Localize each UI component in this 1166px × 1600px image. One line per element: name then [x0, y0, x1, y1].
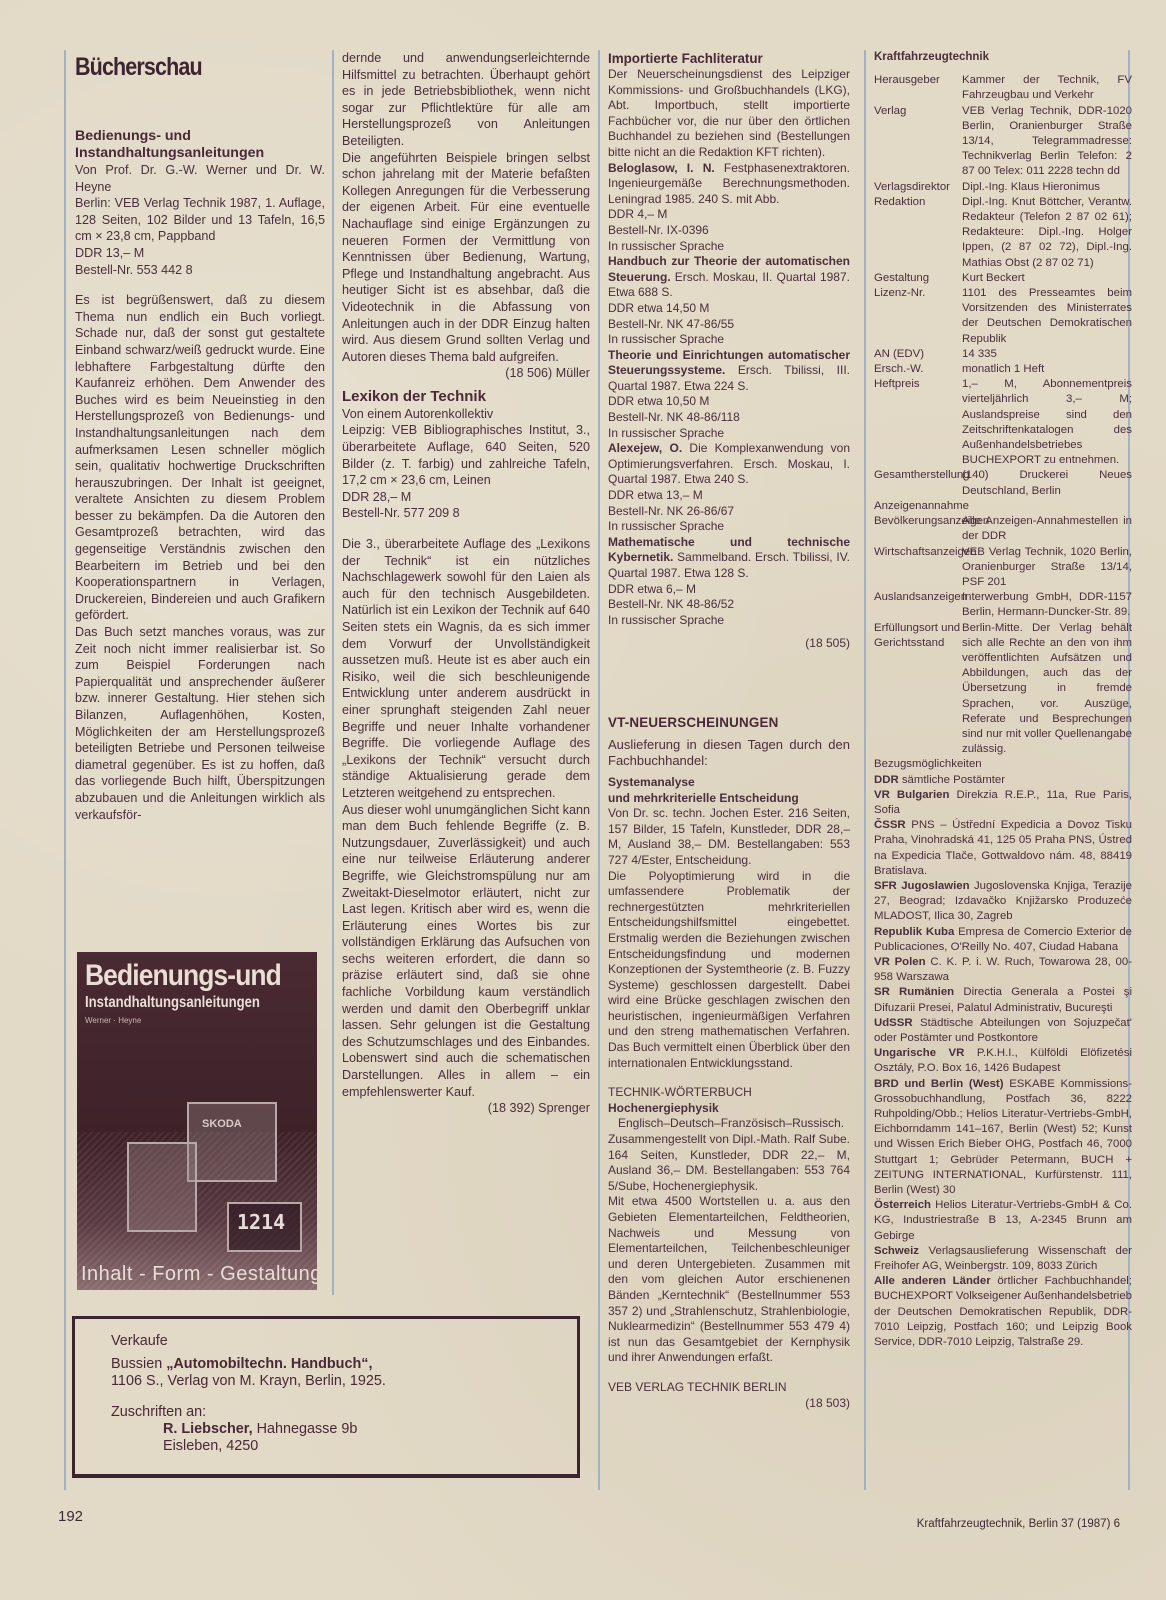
vt-book-2-series: TECHNIK-WÖRTERBUCH	[608, 1085, 850, 1101]
supply-entry: VR Polen C. K. P. i. W. Ruch, Towarowa 2…	[874, 955, 1132, 985]
journal-reference: Kraftfahrzeugtechnik, Berlin 37 (1987) 6	[917, 1518, 1120, 1530]
cover-title: Bedienungs-und	[85, 960, 281, 992]
column-1: Bücherschau Bedienungs- und Instandhaltu…	[75, 52, 325, 823]
cover-display-text: 1214	[237, 1210, 285, 1234]
review-2-publication: Leipzig: VEB Bibliographisches Institut,…	[342, 422, 590, 488]
imprint-row: Heftpreis1,– M, Abonnementpreis viertelj…	[874, 377, 1132, 468]
column-rule	[598, 50, 600, 1490]
review-1-paragraph: dernde und anwendungserleichternde Hilfs…	[342, 50, 590, 150]
imprint-row: WirtschaftsanzeigenVEB Verlag Technik, 1…	[874, 545, 1132, 591]
column-3: Importierte Fachliteratur Der Neuerschei…	[608, 50, 850, 1411]
imprint-row: HerausgeberKammer der Technik, FV Fahrze…	[874, 73, 1132, 103]
vt-book-2-details: Englisch–Deutsch–Französisch–Russisch. Z…	[608, 1116, 850, 1194]
vt-publisher: VEB VERLAG TECHNIK BERLIN	[608, 1380, 850, 1396]
review-1-signature: (18 506) Müller	[342, 365, 590, 382]
review-2-paragraph: Die 3., überarbeitete Auflage des „Lexik…	[342, 536, 590, 802]
review-2-authors: Von einem Autorenkollektiv	[342, 406, 590, 423]
vt-book-1-details: Von Dr. sc. techn. Jochen Ester. 216 Sei…	[608, 806, 850, 868]
section-title: Bücherschau	[75, 52, 290, 82]
page-number: 192	[58, 1508, 83, 1525]
imported-entry: Mathematische und technische Kybernetik.…	[608, 535, 850, 629]
vt-book-1-description: Die Polyoptimierung wird in die umfassen…	[608, 869, 850, 1072]
cover-tagline: Inhalt - Form - Gestaltung	[81, 1263, 317, 1286]
supply-entry: Ungarische VR P.K.H.I., Külföldi Elöfize…	[874, 1046, 1132, 1076]
supply-entry: Schweiz Verlagsauslieferung Wissenschaft…	[874, 1244, 1132, 1274]
ad-contact-name: R. Liebscher, Hahnegasse 9b	[111, 1421, 577, 1438]
ad-item-details: 1106 S., Verlag von M. Krayn, Berlin, 19…	[111, 1373, 577, 1390]
imprint-row: AN (EDV)14 335	[874, 347, 1132, 362]
review-1-meta: Von Prof. Dr. G.-W. Werner und Dr. W. He…	[75, 162, 325, 278]
review-1-order-no: Bestell-Nr. 553 442 8	[75, 262, 325, 279]
imprint-row: Gesamtherstellung(140) Druckerei Neues D…	[874, 468, 1132, 498]
cover-authors: Werner · Heyne	[85, 1016, 141, 1025]
ad-contact-city: Eisleben, 4250	[111, 1438, 577, 1455]
imprint-row: Lizenz-Nr.1101 des Presseamtes beim Vors…	[874, 286, 1132, 347]
imprint-row: AuslandsanzeigenInterwerbung GmbH, DDR-1…	[874, 590, 1132, 620]
imprint-row: RedaktionDipl.-Ing. Knut Böttcher, Veran…	[874, 195, 1132, 271]
vt-book-1-title: Systemanalyse und mehrkriterielle Entsch…	[608, 775, 850, 806]
supply-entry: Österreich Helios Literatur-Vertriebs-Gm…	[874, 1198, 1132, 1244]
review-1-price: DDR 13,– M	[75, 245, 325, 262]
imported-entry: Handbuch zur Theorie der automatischen S…	[608, 254, 850, 348]
imprint-row: VerlagsdirektorDipl.-Ing. Klaus Hieronim…	[874, 180, 1132, 195]
ad-heading: Verkaufe	[111, 1333, 577, 1350]
column-rule	[64, 50, 66, 1490]
vt-book-2-title: Hochenergiephysik	[608, 1101, 850, 1117]
supply-entry: UdSSR Städtische Abteilungen von Sojuzpe…	[874, 1016, 1132, 1046]
imprint-title: Kraftfahrzeugtechnik	[874, 50, 1132, 65]
device-illustration	[187, 1102, 277, 1182]
imprint-row: BevölkerungsanzeigenAlle Anzeigen-Annahm…	[874, 514, 1132, 544]
review-2-price: DDR 28,– M	[342, 489, 590, 506]
column-2: dernde und anwendungserleichternde Hilfs…	[342, 50, 590, 1117]
vt-signature: (18 503)	[608, 1396, 850, 1412]
supply-heading: Bezugsmöglichkeiten	[874, 757, 1132, 772]
review-1-paragraph: Es ist begrüßenswert, daß zu diesem Them…	[75, 292, 325, 624]
imported-title: Importierte Fachliteratur	[608, 50, 850, 67]
vt-title: VT-NEUERSCHEINUNGEN	[608, 714, 850, 731]
imported-entry: Theorie und Einrichtungen automatischer …	[608, 348, 850, 442]
device-illustration	[127, 1142, 197, 1232]
column-4-imprint: Kraftfahrzeugtechnik HerausgeberKammer d…	[874, 50, 1132, 1350]
supply-entry: Republik Kuba Empresa de Comercio Exteri…	[874, 925, 1132, 955]
imprint-row: GestaltungKurt Beckert	[874, 271, 1132, 286]
book-cover-image: Bedienungs-und Instandhaltungsanleitunge…	[77, 952, 317, 1290]
ad-contact-label: Zuschriften an:	[111, 1404, 577, 1421]
review-1-authors: Von Prof. Dr. G.-W. Werner und Dr. W. He…	[75, 162, 325, 195]
ad-item: Bussien „Automobiltechn. Handbuch“,	[111, 1356, 577, 1373]
vt-intro: Auslieferung in diesen Tagen durch den F…	[608, 737, 850, 769]
cover-device-label: SKODA	[202, 1118, 242, 1130]
review-2-paragraph: Aus dieser wohl unumgänglichen Sicht kan…	[342, 802, 590, 1101]
cover-subtitle: Instandhaltungsanleitungen	[85, 994, 260, 1012]
supply-entry: Alle anderen Länder örtlicher Fachbuchha…	[874, 1274, 1132, 1350]
supply-entry: BRD und Berlin (West) ESKABE Kommissions…	[874, 1077, 1132, 1199]
review-2-order-no: Bestell-Nr. 577 209 8	[342, 505, 590, 522]
imprint-row: Erfüllungsort und GerichtsstandBerlin-Mi…	[874, 621, 1132, 758]
supply-entry: SFR Jugoslawien Jugoslovenska Knjiga, Te…	[874, 879, 1132, 925]
magazine-page: Bücherschau Bedienungs- und Instandhaltu…	[0, 0, 1166, 1600]
review-1-paragraph: Das Buch setzt manches voraus, was zur Z…	[75, 624, 325, 823]
supply-entry: VR Bulgarien Direkzia R.E.P., 11a, Rue P…	[874, 788, 1132, 818]
vt-book-2-description: Mit etwa 4500 Wortstellen u. a. aus den …	[608, 1194, 850, 1366]
classified-ad-box: Verkaufe Bussien „Automobiltechn. Handbu…	[72, 1316, 580, 1478]
imported-intro: Der Neuerscheinungsdienst des Leipziger …	[608, 67, 850, 161]
imported-entry: Alexejew, O. Die Komplexanwendung von Op…	[608, 441, 850, 535]
review-1-title: Bedienungs- und Instandhaltungsanleitung…	[75, 128, 325, 162]
review-1-paragraph: Die angeführten Beispiele bringen selbst…	[342, 150, 590, 366]
review-2-signature: (18 392) Sprenger	[342, 1100, 590, 1117]
imported-signature: (18 505)	[608, 636, 850, 652]
supply-entry: ČSSR PNS – Ústřední Expedicia a Dovoz Ti…	[874, 818, 1132, 879]
ads-heading: Anzeigenannahme	[874, 499, 1132, 514]
imprint-row: VerlagVEB Verlag Technik, DDR-1020 Berli…	[874, 104, 1132, 180]
review-1-publication: Berlin: VEB Verlag Technik 1987, 1. Aufl…	[75, 195, 325, 245]
column-rule	[864, 50, 866, 1490]
review-2-meta: Von einem Autorenkollektiv Leipzig: VEB …	[342, 406, 590, 522]
review-2-title: Lexikon der Technik	[342, 388, 590, 406]
imprint-row: Ersch.-W.monatlich 1 Heft	[874, 362, 1132, 377]
imported-entry: Beloglasow, I. N. Festphasenextraktoren.…	[608, 161, 850, 255]
supply-entry: SR Rumänien Directia Generala a Postei ş…	[874, 985, 1132, 1015]
supply-entry: DDR sämtliche Postämter	[874, 773, 1132, 788]
column-rule	[332, 50, 334, 1295]
